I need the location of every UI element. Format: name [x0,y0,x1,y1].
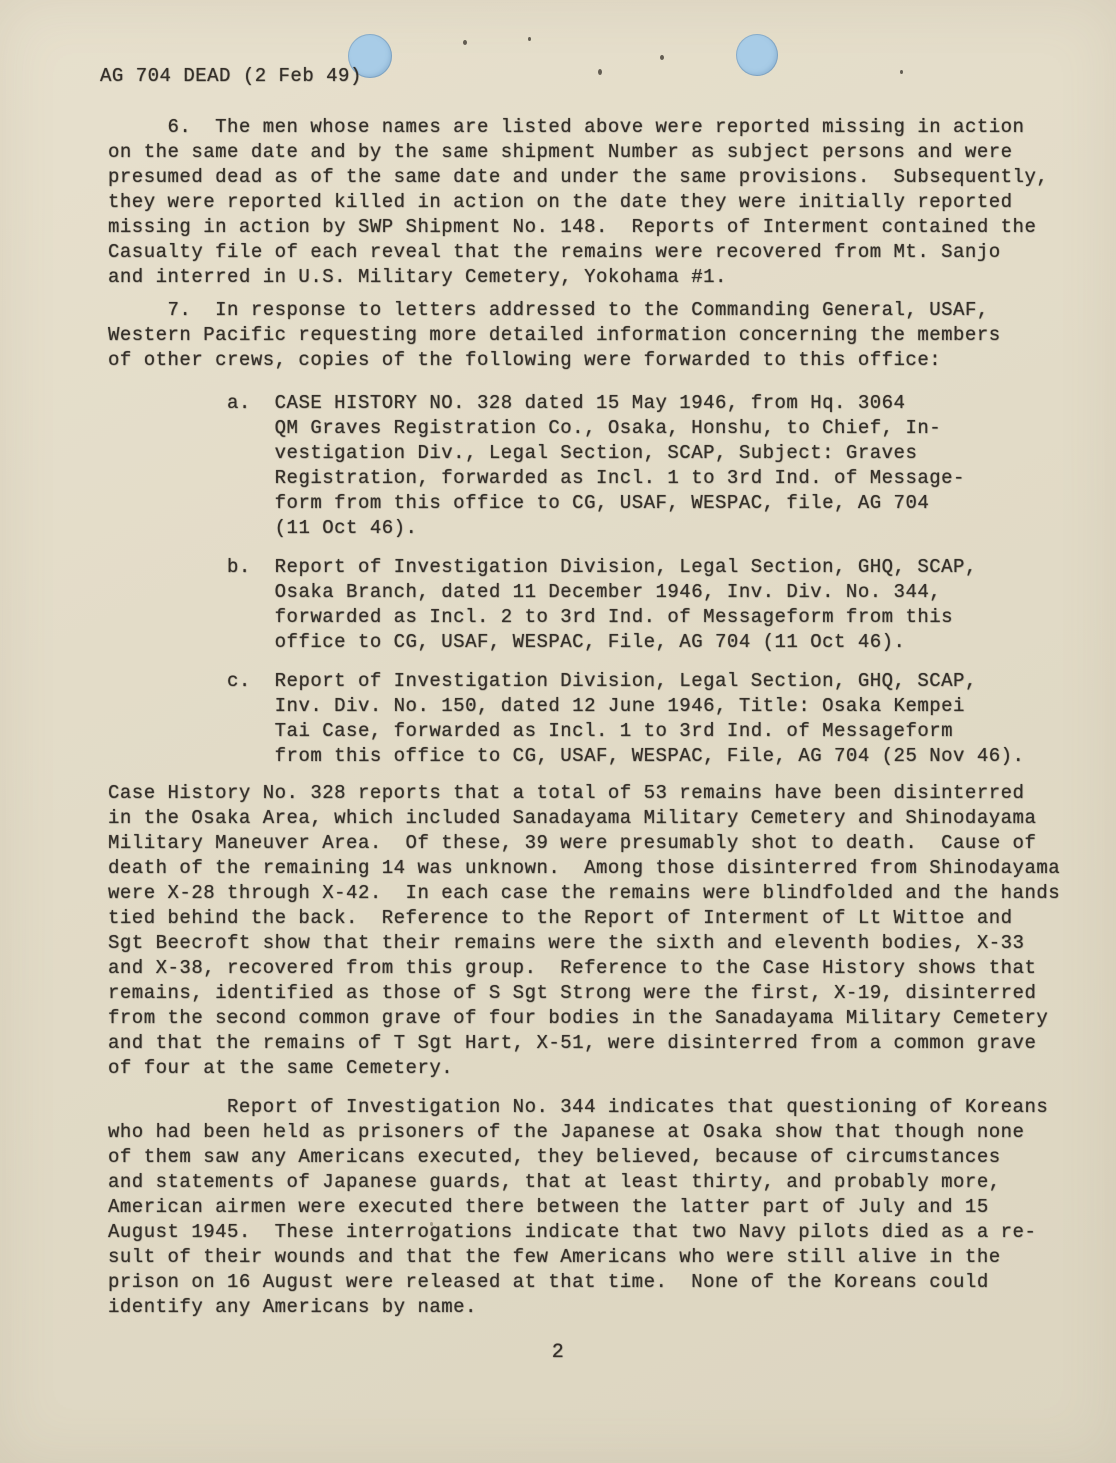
paragraph-6: 6. The men whose names are listed above … [108,115,1083,290]
ink-speck [598,69,602,75]
document-body: 6. The men whose names are listed above … [108,115,1083,1320]
ink-speck [900,70,903,74]
punch-hole-right-icon [736,34,778,76]
list-item-b: b. Report of Investigation Division, Leg… [108,555,1083,655]
document-page: AG 704 DEAD (2 Feb 49) 6. The men whose … [0,0,1116,1463]
page-number: 2 [0,1340,1116,1365]
list-item-a: a. CASE HISTORY NO. 328 dated 15 May 194… [108,391,1083,541]
paragraph-investigation-report: Report of Investigation No. 344 indicate… [108,1095,1083,1320]
paragraph-7: 7. In response to letters addressed to t… [108,298,1083,373]
list-item-c: c. Report of Investigation Division, Leg… [108,669,1083,769]
document-header: AG 704 DEAD (2 Feb 49) [100,64,362,89]
ink-speck [528,37,531,41]
paragraph-case-history: Case History No. 328 reports that a tota… [108,781,1083,1081]
ink-speck [660,55,664,60]
ink-speck [463,40,467,45]
